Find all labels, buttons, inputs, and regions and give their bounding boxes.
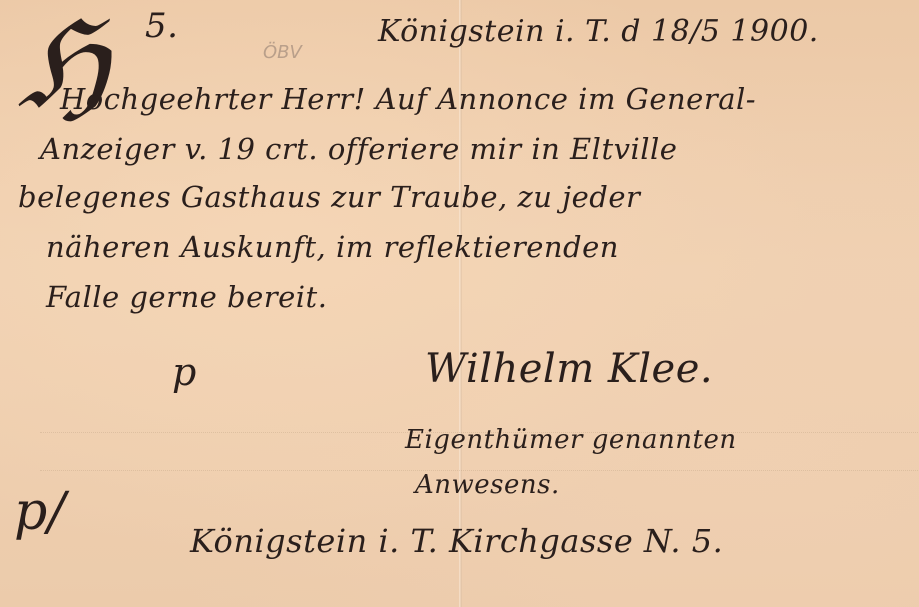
side-mark: p xyxy=(172,350,197,394)
signature: Wilhelm Klee. xyxy=(425,346,713,392)
card-number: 5. xyxy=(145,6,178,46)
dateline: Königstein i. T. d 18/5 1900. xyxy=(378,14,819,49)
body-line: Hochgeehrter Herr! Auf Annonce im Genera… xyxy=(60,82,756,116)
body-line: Falle gerne bereit. xyxy=(46,280,327,314)
body-line: Anzeiger v. 19 crt. offeriere mir in Elt… xyxy=(40,132,677,166)
pencil-note: ÖBV xyxy=(263,42,302,63)
body-line: näheren Auskunft, im reflektierenden xyxy=(46,230,619,264)
body-line: belegenes Gasthaus zur Traube, zu jeder xyxy=(18,180,640,214)
signature-title-line: Eigenthümer genannten xyxy=(405,425,737,455)
signature-title-line: Anwesens. xyxy=(415,470,560,500)
side-mark: p/ xyxy=(14,482,66,542)
postcard-scan: ℌ 5. ÖBV Königstein i. T. d 18/5 1900. H… xyxy=(0,0,919,607)
sender-address: Königstein i. T. Kirchgasse N. 5. xyxy=(190,522,723,560)
